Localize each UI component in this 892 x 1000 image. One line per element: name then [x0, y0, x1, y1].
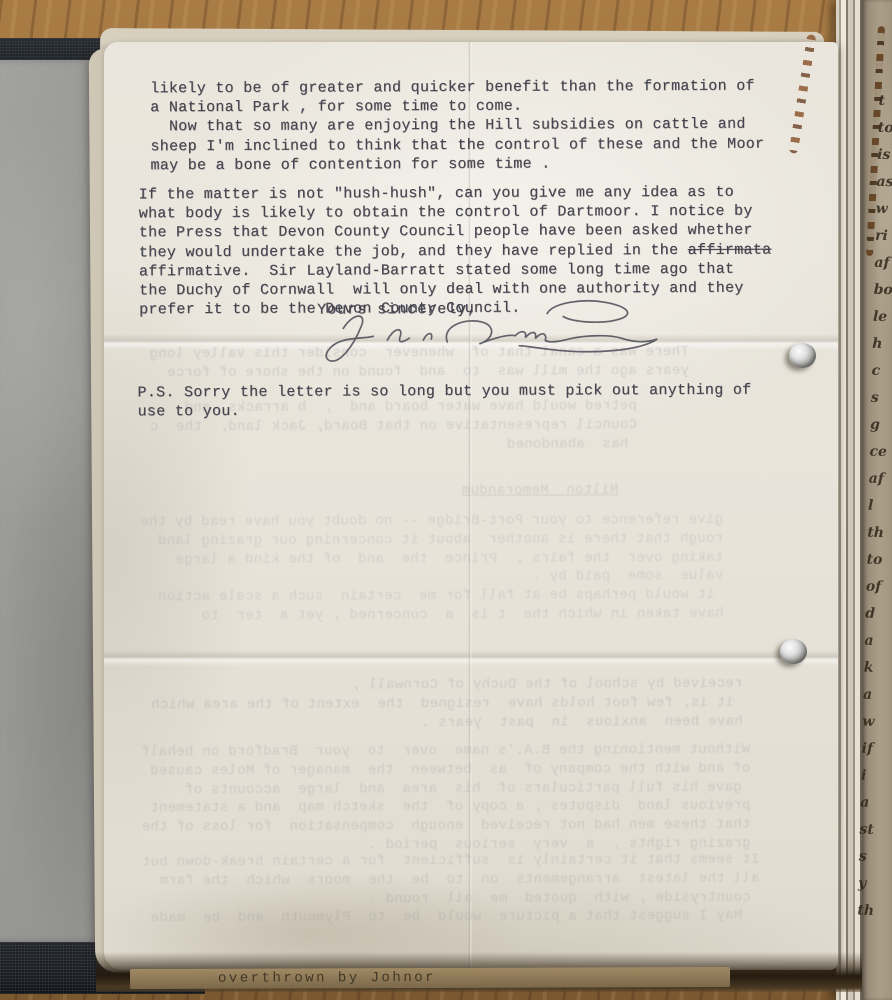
under-page-edge: overthrown by Johnor [130, 967, 730, 989]
bleed-through-text-d1: received by school of the Duchy of Cornw… [151, 675, 743, 734]
paragraph-2-text: If the matter is not "hush-hush", can yo… [139, 184, 753, 261]
under-page-fragment: overthrown by Johnor [218, 969, 730, 987]
letter-postscript: P.S. Sorry the letter is so long but you… [137, 381, 751, 422]
struck-word: affirmata [688, 241, 772, 258]
binding-post-bottom [780, 639, 807, 664]
letter-paragraph-1: likely to be of greater and quicker bene… [150, 77, 764, 176]
bleed-through-text-e: It seems that it certainly is sufficient… [142, 851, 760, 929]
letter-text-layer: There was a canal that of whenever consi… [0, 0, 892, 1000]
bleed-through-text-c: give reference to your Port-Bridge -- no… [140, 511, 723, 626]
bleed-through-heading: Milton Memorandum [420, 481, 660, 501]
bleed-through-text-d2: Without mentioning the B.A.'s name over … [141, 741, 751, 856]
photographed-letter-scene: t to is as w ri af bo le h c s g ce af l… [0, 0, 892, 1000]
binding-post-top [789, 343, 816, 368]
signature [321, 297, 671, 379]
